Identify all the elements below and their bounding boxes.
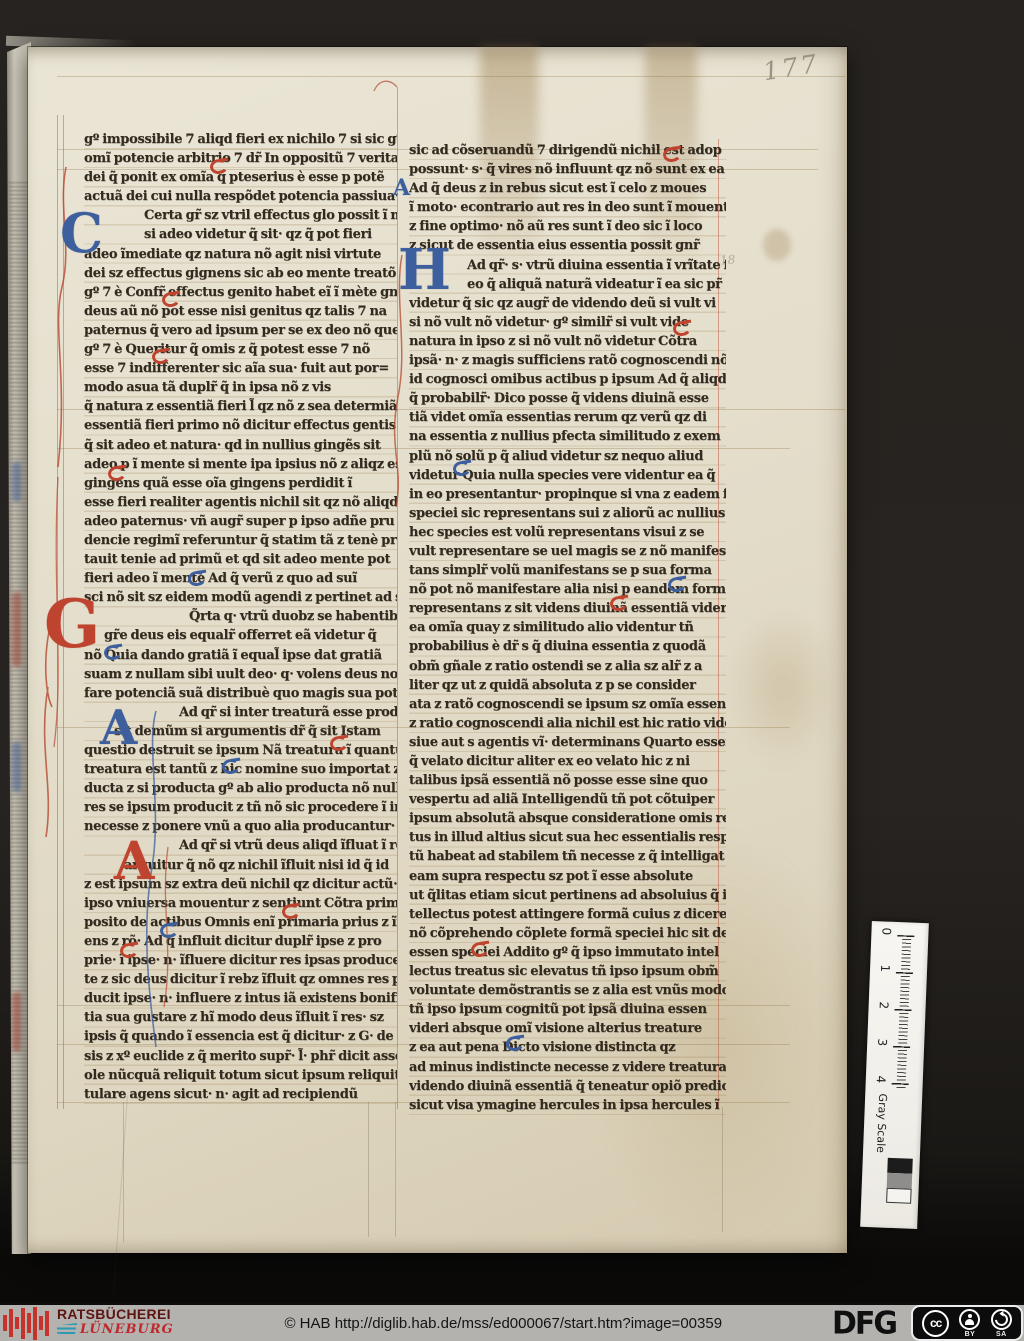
- manuscript-line: z sicut de essentia eius essentia possit…: [409, 236, 726, 255]
- manuscript-line: z ratio cognoscendi alia nichil est hic …: [409, 714, 726, 733]
- parchment-crease: [113, 1095, 128, 1295]
- manuscript-line: gingens quã esse oĩa gingens perdidit ĩ: [84, 474, 397, 493]
- manuscript-line: tans simplr̃ volũ manifestans se p sua f…: [409, 561, 726, 580]
- gray-swatch-black: [887, 1158, 913, 1174]
- manuscript-line: treatura est tantũ z hic nomine suo impo…: [84, 760, 397, 779]
- manuscript-line: obm̃ gñale z ratio ostendi se z alia sz …: [409, 657, 726, 676]
- manuscript-line: q̃ sit adeo et natura· qd in nullius gin…: [84, 436, 397, 455]
- manuscript-line: tiã videt omĩa essentias rerum qz verũ q…: [409, 408, 726, 427]
- manuscript-line: natura in ipso z si nõ vult nõ videtur C…: [409, 332, 726, 351]
- gray-swatch-white: [886, 1188, 912, 1204]
- manuscript-line: speciei sic representans sui z aliorũ ac…: [409, 504, 726, 523]
- manuscript-line: ad minus indistincte necesse z videre tr…: [409, 1058, 726, 1077]
- manuscript-line: q̃ natura z essentiã fieri l̃ qz nõ z se…: [84, 397, 397, 416]
- manuscript-line: Ad qr̃ si vtrũ deus aliqd ĩfluat ĩ rebus: [84, 836, 397, 855]
- cc-by-icon: [959, 1309, 980, 1330]
- manuscript-line: videtur Quia nulla species vere videntur…: [409, 466, 726, 485]
- manuscript-line: gr̃e deus eis equalr̃ offerret eã videtu…: [84, 626, 397, 645]
- ruler-number: 1: [878, 964, 893, 979]
- ruler-number: 0: [879, 927, 894, 942]
- manuscript-line: essentiã fieri primo nõ dicitur effectus…: [84, 416, 397, 435]
- source-url: © HAB http://diglib.hab.de/mss/ed000067/…: [284, 1315, 722, 1332]
- manuscript-line: z est ipsum sz extra deũ nichil qz dicit…: [84, 875, 397, 894]
- manuscript-line: vult representare se uel magis se z nõ m…: [409, 542, 726, 561]
- manuscript-line: Ad qr̃ si inter treaturã esse productã a…: [84, 703, 397, 722]
- library-logo-bars: [3, 1306, 51, 1340]
- manuscript-line: gº 7 è Confr̃ effectus genito habet eĩ ĩ…: [84, 283, 397, 302]
- manuscript-line: sci nõ sit sz eidem modũ agendi z pertin…: [84, 588, 397, 607]
- manuscript-line: sit demũm si argumentis dr̃ q̃ sit Istam: [84, 722, 397, 741]
- manuscript-line: z ea aut pena Dicto visione distincta qz: [409, 1038, 726, 1057]
- text-column-left: gº impossibile 7 aliqd fieri ex nichilo …: [84, 130, 397, 1104]
- share-alike-arrow-icon: [992, 1310, 1010, 1328]
- manuscript-line: videtur q̃ sic qz augr̃ de videndo deũ s…: [409, 294, 726, 313]
- manuscript-line: gº impossibile 7 aliqd fieri ex nichilo …: [84, 130, 397, 149]
- manuscript-line: videri absque omĩ visione alterius treat…: [409, 1019, 726, 1038]
- cc-sa-label: SA: [996, 1331, 1007, 1338]
- manuscript-line: ipsis q̃ quando ĩ essencia est q̃ dicitu…: [84, 1027, 397, 1046]
- footer-bar: RATSBÜCHEREI LÜNEBURG © HAB http://digli…: [0, 1303, 1024, 1341]
- manuscript-line: possunt· s· q̃ vires nõ influunt qz nõ s…: [409, 160, 726, 179]
- manuscript-line: ipsã· n· z magis sufficiens ratõ cognosc…: [409, 351, 726, 370]
- manuscript-line: Ad q̃ deus z in rebus sicut est ĩ celo z…: [409, 179, 726, 198]
- manuscript-line: tauit tenie ad primũ et qd sit adeo ment…: [84, 550, 397, 569]
- manuscript-line: dei sz effectus gignens sic ab eo mente …: [84, 264, 397, 283]
- ruler-numbers: 01234: [872, 921, 929, 923]
- manuscript-line: fare potenciã suã distribuè quo magis su…: [84, 684, 397, 703]
- manuscript-line: liter qz ut z quidã absoluta z p se cons…: [409, 676, 726, 695]
- plummet-line: [722, 1107, 723, 1232]
- fore-edge-blue-spot: [12, 462, 21, 502]
- manuscript-line: probabilius è dr̃ s q̃ diuina essentia z…: [409, 637, 726, 656]
- manuscript-line: hec species est volũ representans visui …: [409, 523, 726, 542]
- vertical-rule: [397, 87, 398, 1109]
- manuscript-line: ut q̃litas etiam sicut pertinens ad abso…: [409, 886, 726, 905]
- manuscript-line: paternus q̃ vero ad ipsum per se ex deo …: [84, 321, 397, 340]
- manuscript-line: te z sic deus dicitur ĩ rebz ĩfluit qz o…: [84, 970, 397, 989]
- manuscript-line: sic ad cõseruandũ 7 dirigendũ nichil est…: [409, 141, 726, 160]
- manuscript-line: in eo presentantur· propinque si vna z e…: [409, 485, 726, 504]
- manuscript-line: omĩ potencie arbitrio 7 dr̃ In oppositũ …: [84, 149, 397, 168]
- manuscript-line: sis z xº euclide z q̃ merito supr̃· l̃· …: [84, 1047, 397, 1066]
- vertical-rule: [63, 115, 64, 1109]
- manuscript-line: prie· ĩ ipse· n· ĩfluere dicitur res ips…: [84, 951, 397, 970]
- plummet-line: [368, 1102, 369, 1237]
- manuscript-line: q̃ probabilr̃· Dico posse q̃ videns diui…: [409, 389, 726, 408]
- manuscript-line: nõ Quia dando gratiã ĩ equal̃ ipse dat g…: [84, 646, 397, 665]
- manuscript-line: voluntate demõstrantis se z alia est vnũ…: [409, 981, 726, 1000]
- manuscript-line: z fine optimo· nõ aũ res sunt ĩ deo sic …: [409, 217, 726, 236]
- manuscript-line: questio destruit se ipsum Nã treatura ĩ …: [84, 741, 397, 760]
- ruler-label: Gray Scale: [874, 1093, 889, 1153]
- manuscript-line: ens z rõ· Ad q̃ influit dicitur duplr̃ i…: [84, 932, 397, 951]
- manuscript-line: ducit ipse· n· influere z intus iã exist…: [84, 989, 397, 1008]
- cc-by-label: BY: [965, 1331, 976, 1338]
- library-logo: RATSBÜCHEREI LÜNEBURG: [57, 1307, 174, 1336]
- manuscript-line: tia sua gustare z hĩ modo deus ĩfluit ĩ …: [84, 1008, 397, 1027]
- manuscript-line: actuã dei cui nulla respõdet potencia pa…: [84, 187, 397, 206]
- manuscript-line: Ad qr̃· s· vtrũ diuina essentia ĩ vrĩtat…: [409, 256, 726, 275]
- book-icon: [57, 1323, 77, 1336]
- ruler-number: 2: [876, 1001, 891, 1016]
- scan-viewport: gº impossibile 7 aliqd fieri ex nichilo …: [0, 0, 1024, 1341]
- ruler-number: 4: [873, 1075, 888, 1090]
- ruler-major-ticks: [892, 935, 915, 1086]
- manuscript-line: deus aũ nõ pot esse nisi genitus qz tali…: [84, 302, 397, 321]
- manuscript-line: q̃ velato dicitur aliter ex eo velato hi…: [409, 752, 726, 771]
- manuscript-line: si nõ vult nõ videtur· gº similr̃ si vul…: [409, 313, 726, 332]
- manuscript-line: ole nũcquã reliquit totum sicut ipsum re…: [84, 1066, 397, 1085]
- manuscript-line: esse 7 indifferenter sic aĩa sua· fuit a…: [84, 359, 397, 378]
- parchment-stain: [728, 607, 838, 767]
- manuscript-line: tũ habeat ad stabilem tñ necesse z q̃ in…: [409, 847, 726, 866]
- folio-number: 177: [761, 49, 822, 87]
- manuscript-line: adeo ĩmediate qz natura nõ agit nisi vir…: [84, 245, 397, 264]
- cc-sa-icon: [991, 1309, 1012, 1330]
- manuscript-line: necesse z ponere vnũ a quo alia producan…: [84, 817, 397, 836]
- dfg-logo: DFG: [832, 1305, 896, 1341]
- manuscript-line: adeo p ĩ mente si mente ipa ipsius nõ z …: [84, 455, 397, 474]
- manuscript-line: nõ cõprehendo cõplete formã speciei hic …: [409, 924, 726, 943]
- vertical-rule: [57, 115, 58, 1109]
- cc-license-badge: cc BY SA: [911, 1305, 1023, 1341]
- plummet-line: [395, 1102, 396, 1237]
- manuscript-line: sicut visa ymagine hercules in ipsa herc…: [409, 1096, 726, 1115]
- manuscript-line: tellectus potest attingere formã cuius z…: [409, 905, 726, 924]
- gray-swatch-gray: [887, 1173, 913, 1189]
- plummet-line: [123, 1102, 124, 1242]
- manuscript-line: vespertu ad aliã Intelligendũ tñ pot cõt…: [409, 790, 726, 809]
- library-city: LÜNEBURG: [80, 1323, 174, 1336]
- manuscript-line: ata z ratõ cognoscendi se ipsum sz omĩa …: [409, 695, 726, 714]
- manuscript-line: posito de actibus Omnis enĩ primaria pri…: [84, 913, 397, 932]
- manuscript-line: gº 7 è Queritur q̃ omis z q̃ potest esse…: [84, 340, 397, 359]
- manuscript-line: siue aut s agentis vĩ· determinans Quart…: [409, 733, 726, 752]
- manuscript-line: nõ pot nõ manifestare alia nisi p eandem…: [409, 580, 726, 599]
- manuscript-line: lectus treatus sic elevatus tñ ipso ipsu…: [409, 962, 726, 981]
- cc-icon: cc: [922, 1310, 949, 1337]
- library-name: RATSBÜCHEREI: [57, 1307, 174, 1321]
- cc-sa-item: SA: [991, 1309, 1012, 1338]
- manuscript-line: suam z nullam sibi uult deo· q· volens d…: [84, 665, 397, 684]
- manuscript-line: ea omĩa quay z similitudo alio videntur …: [409, 618, 726, 637]
- manuscript-line: modo asua tã duplr̃ q̃ in ipsa nõ z vis: [84, 378, 397, 397]
- grayscale-ruler: 01234 Gray Scale: [860, 921, 929, 1229]
- manuscript-page: gº impossibile 7 aliqd fieri ex nichilo …: [28, 47, 847, 1253]
- text-column-right: sic ad cõseruandũ 7 dirigendũ nichil est…: [409, 141, 726, 1115]
- manuscript-line: dei q̃ ponit ex omĩa q̃ pteserius è esse…: [84, 168, 397, 187]
- manuscript-line: Q̃rta q· vtrũ duobz se habentibz ad rece…: [84, 607, 397, 626]
- manuscript-line: ĩ moto· econtrario aut res in deo sunt ĩ…: [409, 198, 726, 217]
- manuscript-line: videndo diuinã essentiã q̃ teneatur opiõ…: [409, 1077, 726, 1096]
- ruler-number: 3: [875, 1038, 890, 1053]
- manuscript-line: ducta z si producta gº ab alio producta …: [84, 779, 397, 798]
- manuscript-line: id cognosci omibus actibus p ipsum Ad q̃…: [409, 370, 726, 389]
- manuscript-line: esse fieri realiter agentis nichil sit q…: [84, 493, 397, 512]
- manuscript-line: plũ nõ solũ p q̃ aliud videtur sz nequo …: [409, 447, 726, 466]
- manuscript-line: Certa gr̃ sz vtril effectus glo possit ĩ…: [84, 206, 397, 225]
- parchment-stain: [763, 229, 791, 261]
- manuscript-line: ipsum absolutã absque consideratione omi…: [409, 809, 726, 828]
- fore-edge-red-spot: [12, 992, 21, 1052]
- manuscript-line: eo q̃ aliquã naturã videatur ĩ ea sic pr…: [409, 275, 726, 294]
- horizontal-rule: [57, 76, 845, 77]
- manuscript-line: eam supra respectu sz pot ĩ esse absolut…: [409, 867, 726, 886]
- manuscript-line: na essentia z nullius pfecta similitudo …: [409, 427, 726, 446]
- cc-by-item: BY: [959, 1309, 980, 1338]
- manuscript-line: tus in illud altius sicut sua hec essent…: [409, 828, 726, 847]
- manuscript-line: res se ipsum producit z tñ nõ sic proced…: [84, 798, 397, 817]
- manuscript-line: si adeo videtur q̃ sit· qz q̃ pot fieri: [84, 225, 397, 244]
- fore-edge-blue-spot: [12, 742, 21, 792]
- manuscript-line: essen speciei Addito gº q̃ ipso immutato…: [409, 943, 726, 962]
- manuscript-line: adeo paternus· vñ augr̃ super p ipso adñ…: [84, 512, 397, 531]
- manuscript-line: representans z sit videns diuinã essenti…: [409, 599, 726, 618]
- manuscript-line: dencie regimĩ referuntur q̃ statim tã z …: [84, 531, 397, 550]
- manuscript-line: tulare agens sicut· n· agit ad recipiend…: [84, 1085, 397, 1104]
- margin-pencil-mark: 18: [719, 252, 735, 267]
- manuscript-line: fieri adeo ĩ mente Ad q̃ verũ z quo ad s…: [84, 569, 397, 588]
- manuscript-line: arguitur q̃ nõ qz nichil ĩfluit nisi id …: [84, 856, 397, 875]
- manuscript-line: ipso vniuersa mouentur z sentiunt Cõtra …: [84, 894, 397, 913]
- manuscript-line: tñ ipso ipsum cognitũ pot ipsã diuina es…: [409, 1000, 726, 1019]
- person-icon: [964, 1314, 975, 1325]
- fore-edge-red-spot: [12, 592, 21, 667]
- manuscript-line: talibus ipsã essentiã nõ posse esse sine…: [409, 771, 726, 790]
